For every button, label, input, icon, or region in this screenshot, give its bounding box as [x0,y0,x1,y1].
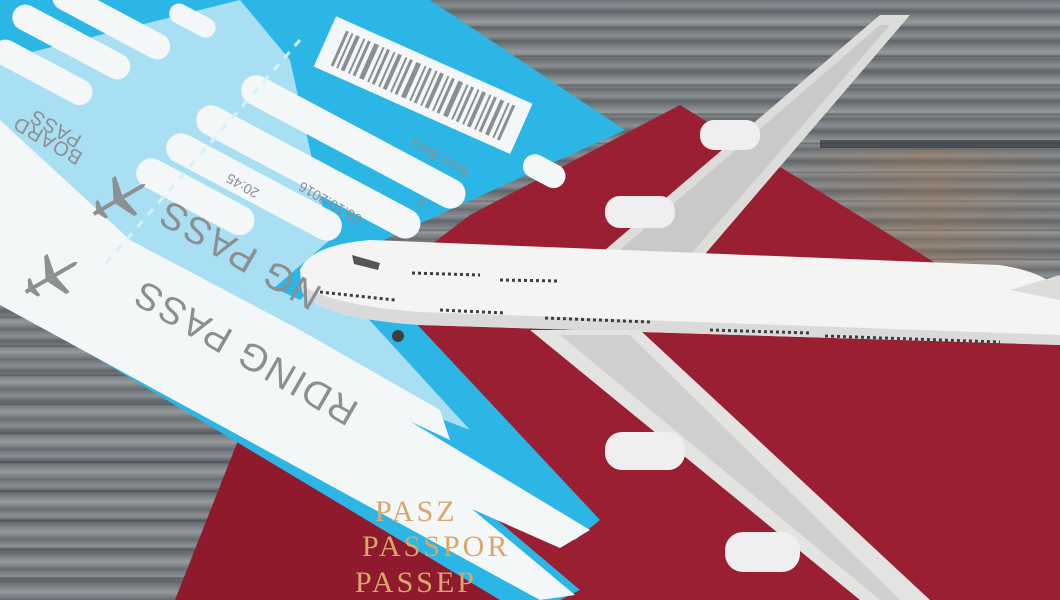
passport-text-3: PASSEP [355,566,477,600]
passport-text-1: PASZ [375,495,458,529]
passport-text-2: PASSPOR [362,530,510,564]
photo-scene: NG PASS RDING PASS BOARD PASS Bora Bora … [0,0,1060,600]
